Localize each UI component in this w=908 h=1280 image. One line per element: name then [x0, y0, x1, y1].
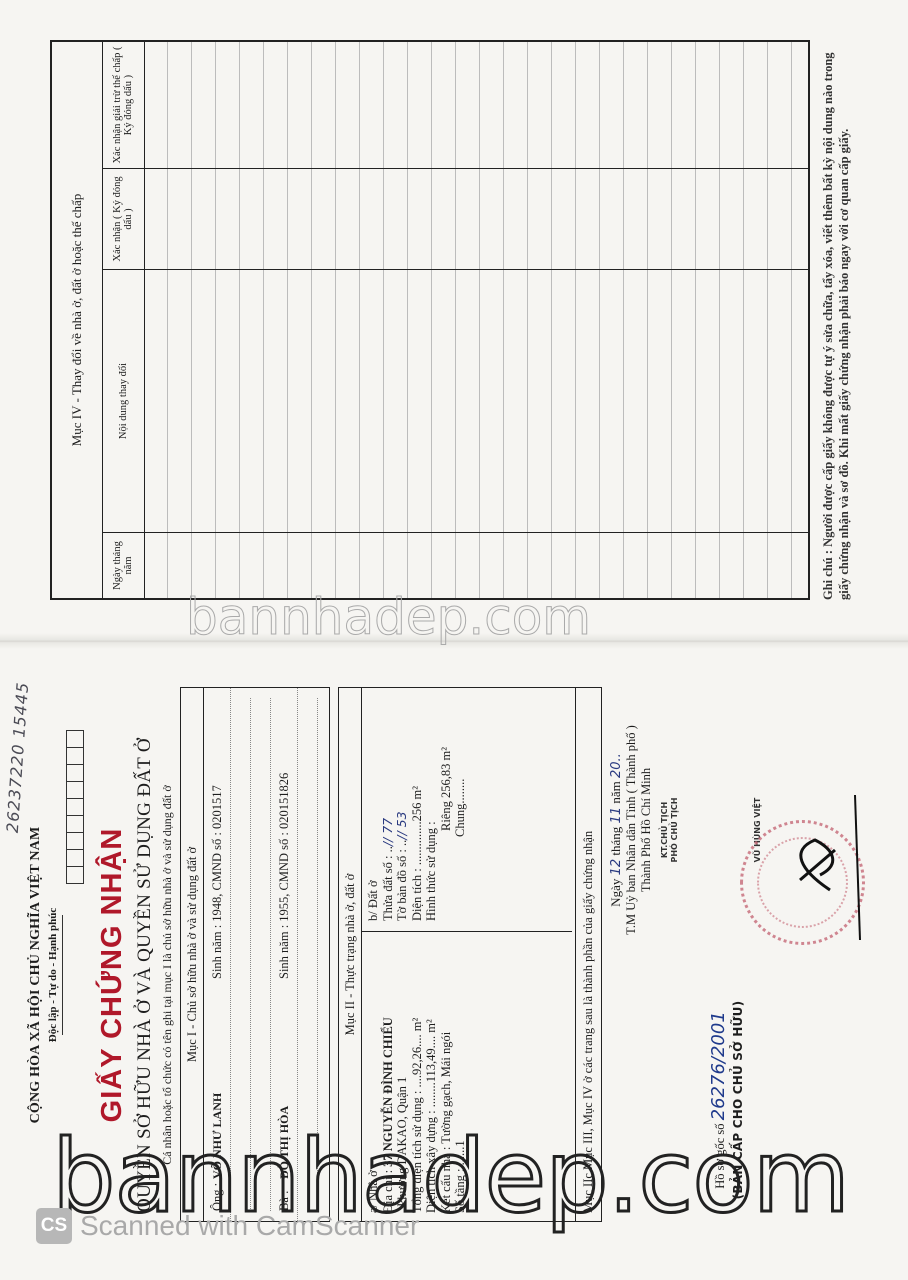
issuing-authority: T.M Uỷ ban Nhân dân Tỉnh ( Thành phố ) — [624, 670, 639, 990]
owner-info: Sinh năm : 1955, CMND số : 020151826 — [271, 698, 297, 979]
owner-info: Sinh năm : 1948, CMND số : 0201517 — [204, 698, 230, 979]
section-title-muc-iv: Mục IV - Thay đổi về nhà ở, đất ở hoặc t… — [52, 42, 103, 598]
land-map-sheet: Tờ bản đồ số : ..// 53 — [395, 698, 410, 921]
change-log-table: Mục IV - Thay đổi về nhà ở, đất ở hoặc t… — [50, 40, 810, 600]
issuing-city: Thành Phố Hồ Chí Minh — [639, 670, 654, 990]
column-mortgage-release — [144, 42, 808, 168]
land-heading: b/ Đất ở — [366, 698, 381, 921]
table-body — [144, 42, 808, 598]
column-header-confirm: Xác nhận ( Ký đóng dấu ) — [102, 168, 144, 269]
column-header-mortgage-release: Xác nhận giải trừ thế chấp ( Ký đóng dấu… — [102, 42, 144, 168]
land-details: b/ Đất ở Thửa đất số : ..// 77 Tờ bản đồ… — [362, 688, 572, 931]
table-header: Ngày tháng năm Nội dung thay đổi Xác nhậ… — [102, 42, 145, 598]
watermark-site-small: bannhadep.com — [186, 588, 591, 646]
land-shared: Chung........ — [453, 698, 468, 921]
column-content — [144, 269, 808, 532]
column-confirm — [144, 168, 808, 269]
signer-title: KT.CHỦ TỊCH PHÓ CHỦ TỊCH — [660, 670, 680, 990]
country-name: CỘNG HÒA XÃ HỘI CHỦ NGHĨA VIỆT NAM — [28, 670, 44, 1280]
column-header-date: Ngày tháng năm — [102, 532, 144, 598]
issue-date: Ngày 12 tháng 11 năm 20.. — [608, 670, 624, 990]
serial-number-boxes — [66, 730, 84, 884]
land-area: Diện tích : ..............256 m² — [410, 698, 425, 921]
column-header-content: Nội dung thay đổi — [102, 269, 144, 532]
issue-block: Ngày 12 tháng 11 năm 20.. T.M Uỷ ban Nhâ… — [608, 670, 765, 990]
signature-icon — [760, 790, 870, 960]
land-private: Riêng 256,83 m² — [439, 698, 454, 921]
note-text: Ghi chú : Người được cấp giấy không được… — [820, 40, 852, 600]
page-muc-iv: Mục IV - Thay đổi về nhà ở, đất ở hoặc t… — [10, 20, 890, 620]
camscanner-logo-icon: CS — [36, 1208, 72, 1244]
motto-underline — [62, 915, 63, 1035]
land-plot: Thửa đất số : ..// 77 — [381, 698, 396, 921]
land-usage-form: Hình thức sử dụng : — [424, 698, 439, 921]
camscanner-text: Scanned with CamScanner — [80, 1210, 419, 1242]
camscanner-watermark: CS Scanned with CamScanner — [36, 1208, 419, 1244]
